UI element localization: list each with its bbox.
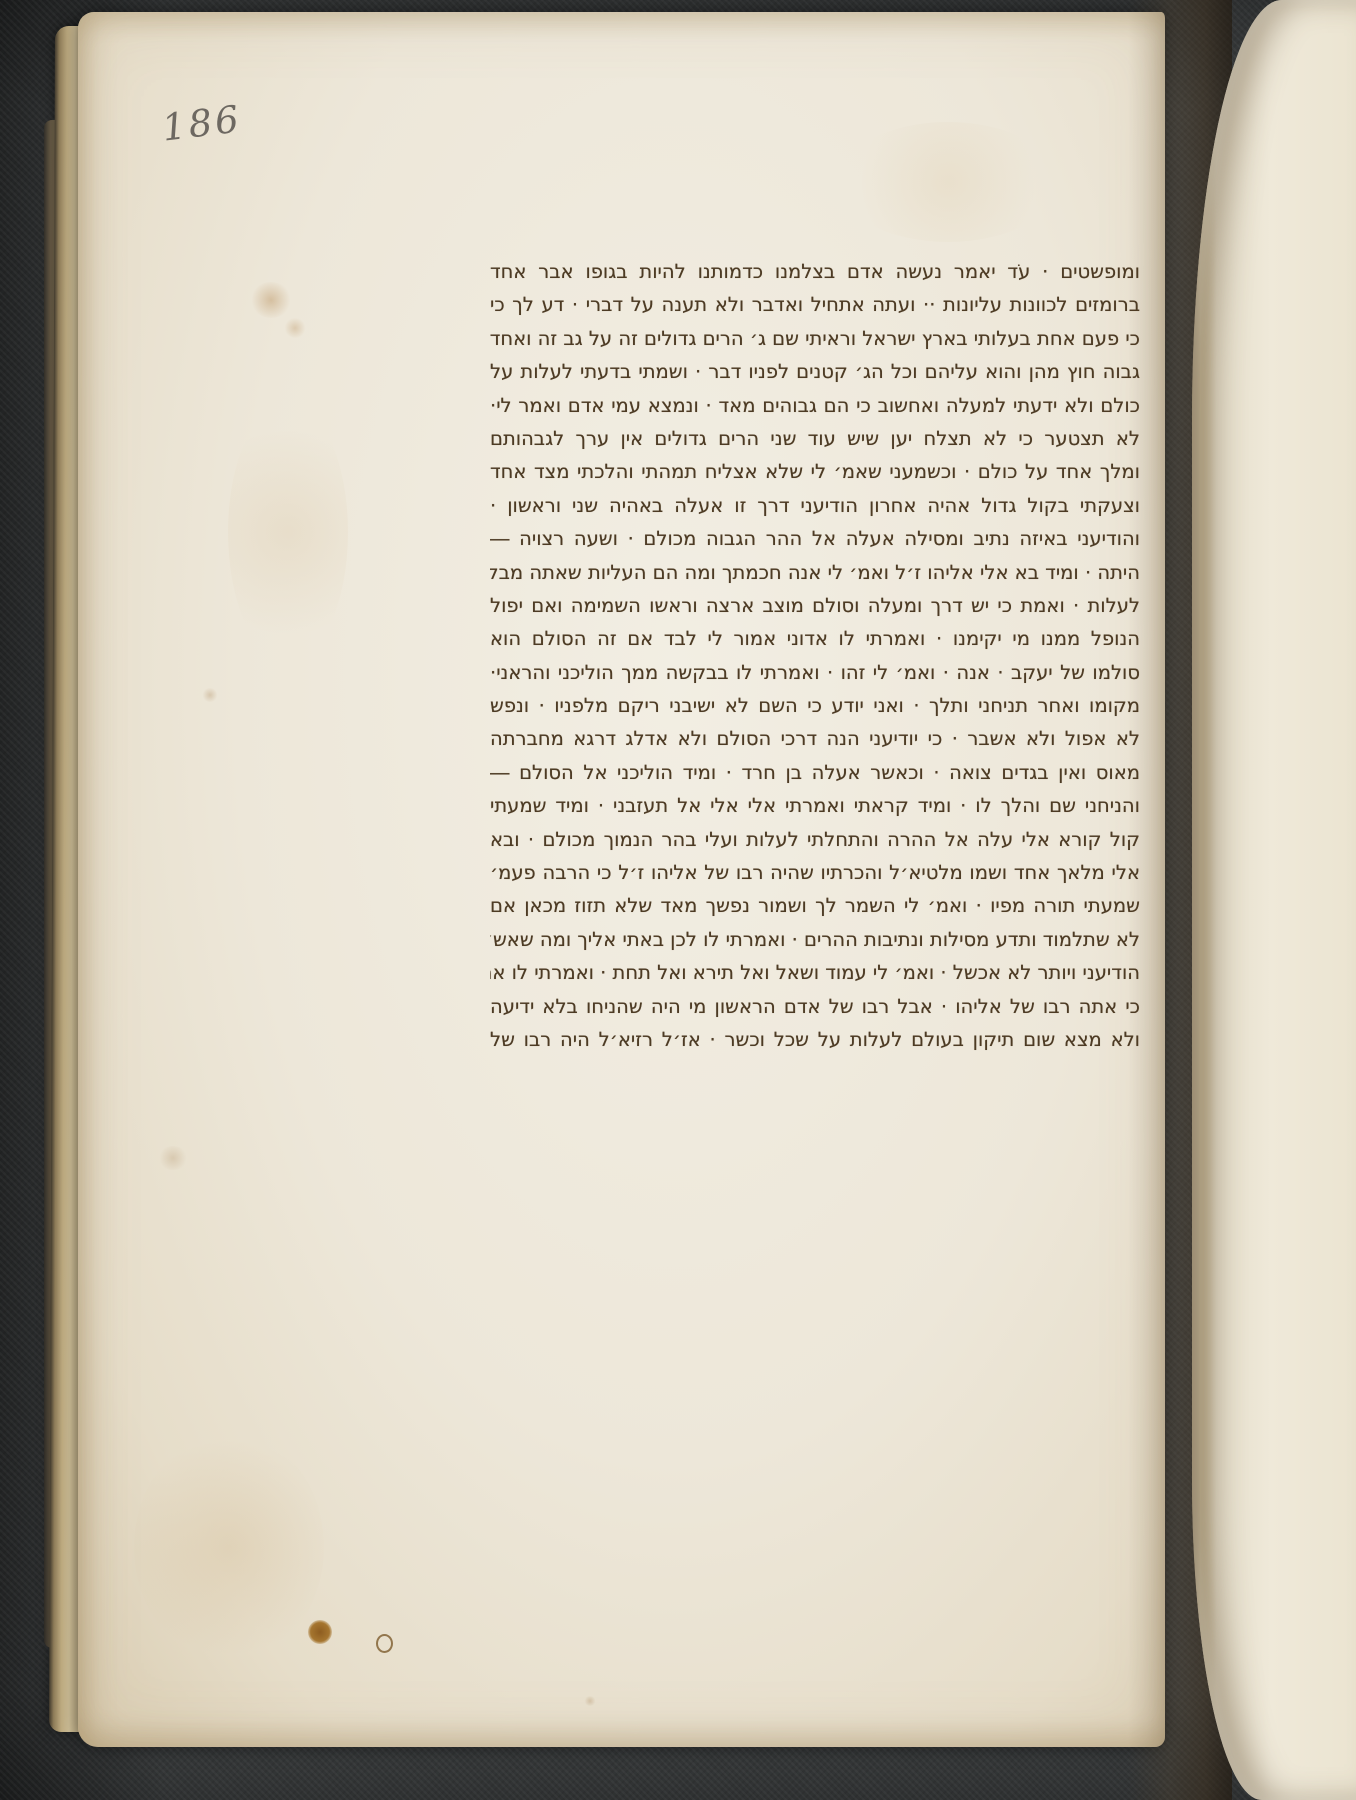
text-line: ולא מצא שום תיקון בעולם לעלות על שכל וכש… [490, 1023, 1140, 1056]
manuscript-page: 186 ומופשטים · עֹד יאמר נעשה אדם בצלמנו … [78, 12, 1165, 1747]
stain [134, 1432, 324, 1662]
text-line: סולמו של יעקב · אנה · ואמ׳ לי זהו · ואמר… [490, 656, 1140, 689]
text-line: והניחני שם והלך לו · ומיד קראתי ואמרתי א… [490, 789, 1140, 822]
text-line: ומלך אחד על כולם · וכשמעני שאמ׳ לי שלא א… [490, 455, 1140, 488]
text-line: כולם ולא ידעתי למעלה ואחשוב כי הם גבוהים… [490, 389, 1140, 422]
text-line: לעלות · ואמת כי יש דרך ומעלה וסולם מוצב … [490, 589, 1140, 622]
manuscript-photograph: 186 ומופשטים · עֹד יאמר נעשה אדם בצלמנו … [0, 0, 1356, 1800]
text-line: קול קורא אלי עלה אל ההרה והתחלתי לעלות ו… [490, 823, 1140, 856]
stain [202, 688, 218, 702]
text-line: מקומו ואחר תניחני ותלך · ואני יודע כי הש… [490, 689, 1140, 722]
text-line: הודיעני ויותר לא אכשל · ואמ׳ לי עמוד ושא… [490, 956, 1140, 989]
text-line: מאוס ואין בגדים צואה · וכאשר אעלה בן חרד… [490, 756, 1140, 789]
text-line: הנופל ממנו מי יקימנו · ואמרתי לו אדוני א… [490, 622, 1140, 655]
text-line: גבוה חוץ מהן והוא עליהם וכל הג׳ קטנים לפ… [490, 355, 1140, 388]
text-line: שמעתי תורה מפיו · ואמ׳ לי השמר לך ושמור … [490, 889, 1140, 922]
stain [228, 402, 348, 662]
text-line: לא שתלמוד ותדע מסילות ונתיבות ההרים · וא… [490, 923, 1140, 956]
ink-circle-mark [376, 1634, 393, 1653]
text-line: וצעקתי בקול גדול אהיה אחרון הודיעני דרך … [490, 489, 1140, 522]
text-line: ומופשטים · עֹד יאמר נעשה אדם בצלמנו כדמו… [490, 255, 1140, 288]
stain [308, 1620, 332, 1644]
stain [250, 282, 292, 318]
text-line: כי אתה רבו של אליהו · אבל רבו של אדם הרא… [490, 990, 1140, 1023]
text-line: והודיעני באיזה נתיב ומסילה אעלה אל ההר ה… [490, 522, 1140, 555]
text-line: כי פעם אחת בעלותי בארץ ישראל וראיתי שם ג… [490, 322, 1140, 355]
stain [838, 122, 1058, 242]
main-text-block: ומופשטים · עֹד יאמר נעשה אדם בצלמנו כדמו… [490, 255, 1140, 1056]
stain [284, 318, 306, 338]
text-line: לא תצטער כי לא תצלח יען שיש עוד שני הרים… [490, 422, 1140, 455]
text-line: לא אפול ולא אשבר · כי יודיעני הנה דרכי ה… [490, 722, 1140, 755]
text-line: אלי מלאך אחד ושמו מלטיא׳ל והכרתיו שהיה ר… [490, 856, 1140, 889]
stain [584, 1696, 596, 1706]
text-line: ברומזים לכוונות עליונות ·· ועתה אתחיל וא… [490, 288, 1140, 321]
folio-number: 186 [160, 97, 244, 149]
stain [158, 1146, 188, 1170]
text-line: היתה · ומיד בא אלי אליהו ז׳ל ואמ׳ לי אנה… [490, 556, 1140, 589]
